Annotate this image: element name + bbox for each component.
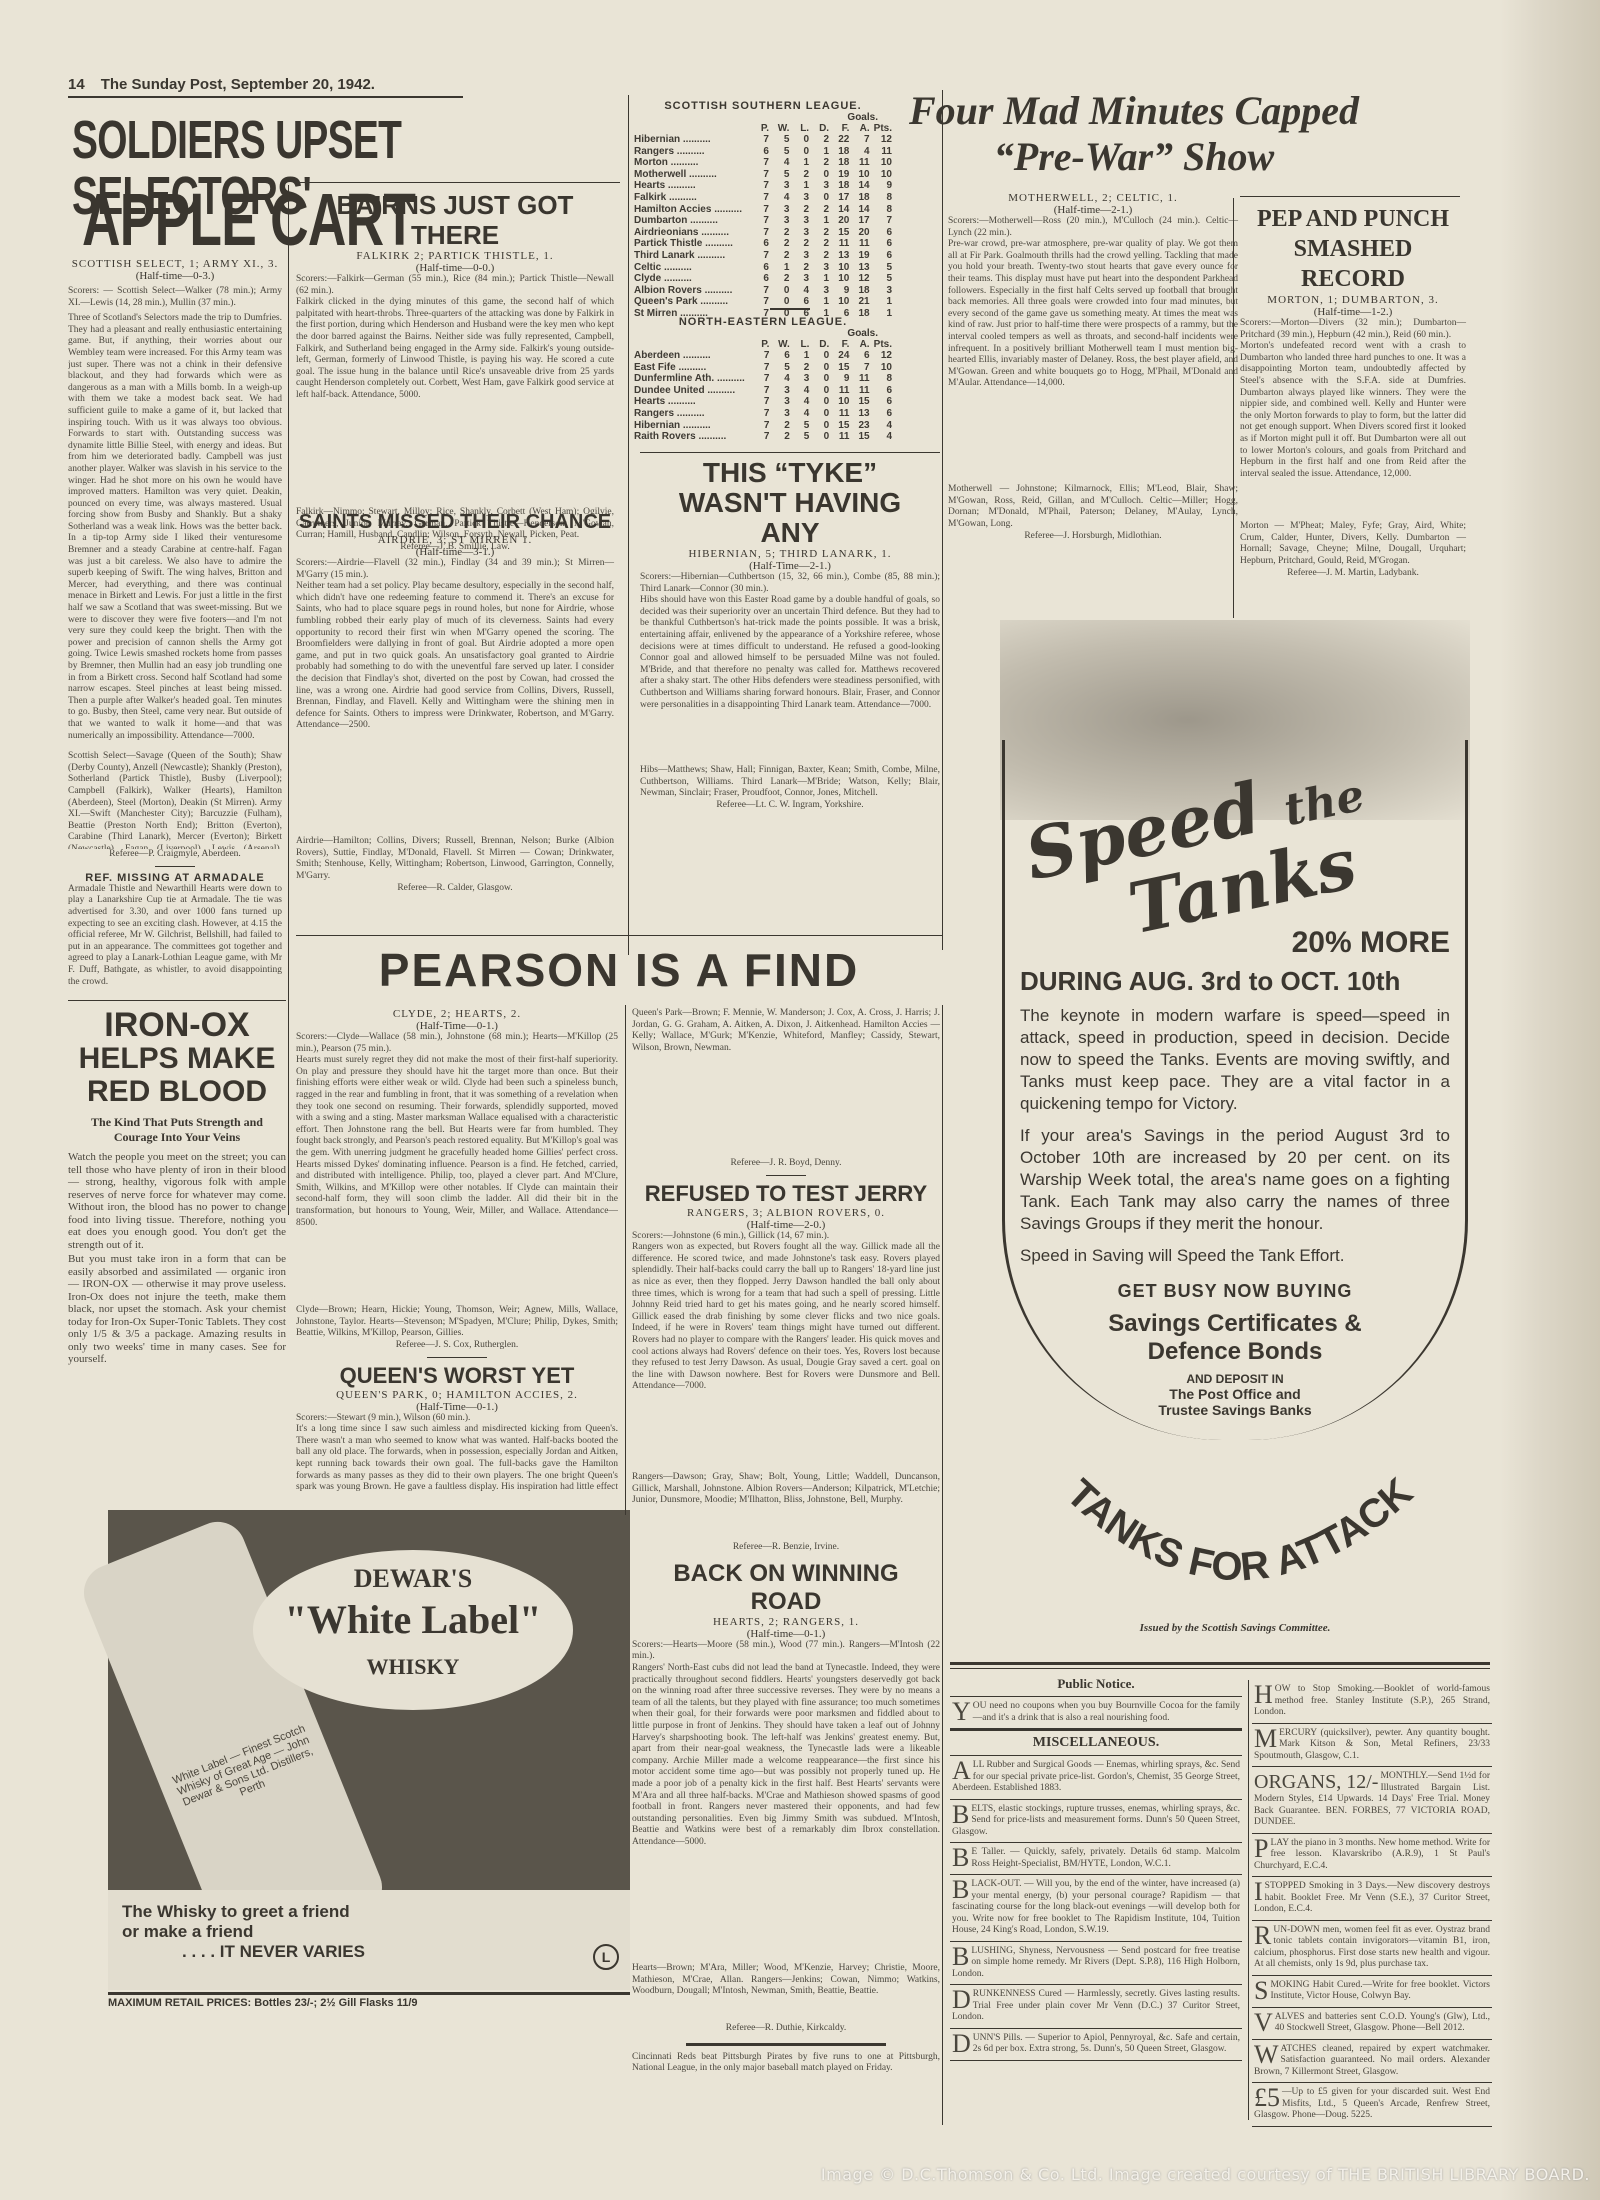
article-body: Rangers' North-East cubs did not lead th… <box>632 1663 940 1963</box>
tagline: The Whisky to greet a friend or make a f… <box>122 1902 365 1962</box>
iron-ox-ad: IRON-OX HELPS MAKE RED BLOOD The Kind Th… <box>68 1000 286 1366</box>
table-row: Clyde ..........623110125 <box>632 273 894 285</box>
pep-punch-story: PEP AND PUNCH SMASHED RECORD MORTON, 1; … <box>1240 204 1466 579</box>
saints-story: SAINTS MISSED THEIR CHANCE AIRDRIE, 3; S… <box>296 510 614 894</box>
brand-name: DEWAR'S <box>253 1564 573 1594</box>
pearson-headline: PEARSON IS A FIND <box>296 945 942 995</box>
scorers: Scorers:—Clyde—Wallace (58 min.), Johnst… <box>296 1032 618 1055</box>
middle-column: Queen's Park—Brown; F. Mennie, W. Mander… <box>632 1008 940 2075</box>
ad-paragraph-1: Watch the people you meet on the street;… <box>68 1151 286 1251</box>
article-body: Neither team had a set policy. Play beca… <box>296 581 614 836</box>
queens-headline: QUEEN'S WORST YET <box>296 1363 618 1389</box>
bairns-story: BAIRNS JUST GOT THERE FALKIRK 2; PARTICK… <box>296 190 614 554</box>
tyke-story: THIS “TYKE” WASN'T HAVING ANY HIBERNIAN,… <box>640 458 940 812</box>
article-body: Rangers won as expected, but Rovers foug… <box>632 1242 940 1472</box>
retail-prices: MAXIMUM RETAIL PRICES: Bottles 23/-; 2½ … <box>108 1992 630 2009</box>
classified-ad: PLAY the piano in 3 months. New home met… <box>1252 1834 1492 1878</box>
scorers: Scorers:—Hibernian—Cuthbertson (15, 32, … <box>640 572 940 595</box>
ad-subhead: The Kind That Puts Strength and Courage … <box>68 1115 286 1145</box>
article-body: Hibs should have won this Easter Road ga… <box>640 595 940 765</box>
page-number: 14 <box>68 76 85 93</box>
ad-headline-3: RED BLOOD <box>68 1075 286 1109</box>
league-table: P.W.L.D.F.A.Pts.Aberdeen ..........76102… <box>632 339 894 443</box>
halftime: (Half-time—0-3.) <box>68 270 282 282</box>
dewars-ad: White Label — Finest Scotch Whisky of Gr… <box>108 1510 630 1990</box>
brand-oval: DEWAR'S "White Label" WHISKY <box>253 1550 573 1710</box>
lead-story: SCOTTISH SELECT, 1; ARMY XI., 3. (Half-t… <box>68 258 282 988</box>
table-row: Dunfermline Ath. ..........74309118 <box>632 373 894 385</box>
cta: GET BUSY NOW BUYING <box>1020 1281 1450 1302</box>
headline-2: WASN'T HAVING <box>640 488 940 518</box>
campaign-dates: DURING AUG. 3rd to OCT. 10th <box>1020 966 1450 997</box>
team-lineups: Hibs—Matthews; Shaw, Hall; Finnigan, Bax… <box>640 765 940 800</box>
classified-ad: ORGANS, 12/-MONTHLY.—Send 1½d for Illust… <box>1252 1767 1492 1834</box>
table-row: Rangers ..........734011136 <box>632 408 894 420</box>
team-lineups: Rangers—Dawson; Gray, Shaw; Bolt, Young,… <box>632 1472 940 1542</box>
table-row: Hibernian ..........750222712 <box>632 134 894 146</box>
team-lineups: Morton — M'Pheat; Maley, Fyfe; Gray, Air… <box>1240 521 1466 567</box>
scorers: Scorers:—Motherwell—Ross (20 min.), M'Cu… <box>948 216 1238 239</box>
headline-1: THIS “TYKE” <box>640 458 940 488</box>
table-row: Hearts ..........734010156 <box>632 396 894 408</box>
table-row: Partick Thistle ..........622211116 <box>632 238 894 250</box>
motherwell-story: MOTHERWELL, 2; CELTIC, 1. (Half-time—2-1… <box>948 192 1238 542</box>
ad-paragraph-2: If your area's Savings in the period Aug… <box>1020 1125 1450 1235</box>
story-headline: BAIRNS JUST GOT THERE <box>296 190 614 250</box>
table-row: Falkirk ..........743017188 <box>632 192 894 204</box>
scorers: Scorers:—Hearts—Moore (58 min.), Wood (7… <box>632 1640 940 1663</box>
classified-ad: BLACK-OUT. — Will you, by the end of the… <box>950 1875 1242 1942</box>
newspaper-page: 14 The Sunday Post, September 20, 1942. … <box>0 0 1600 2200</box>
classified-ad: RUN-DOWN men, women feel fit as ever. Oy… <box>1252 1921 1492 1976</box>
masthead: 14 The Sunday Post, September 20, 1942. <box>68 76 463 98</box>
scorers: Scorers:—Falkirk—German (55 min.), Rice … <box>296 274 614 297</box>
scorers: Scorers:—Johnstone (6 min.), Gillick (14… <box>632 1231 940 1243</box>
classified-ad: BLUSHING, Shyness, Nervousness — Send po… <box>950 1942 1242 1986</box>
classified-ad: YOU need no coupons when you buy Bournvi… <box>950 1697 1242 1731</box>
article-body: It's a long time since I saw such aimles… <box>296 1424 618 1494</box>
image-credit: Image © D.C.Thomson & Co. Ltd. Image cre… <box>640 2165 1600 2184</box>
table-row: Rangers ..........650118411 <box>632 146 894 158</box>
ad-headline-2: HELPS MAKE <box>68 1043 286 1075</box>
table-row: Albion Rovers ..........70439183 <box>632 285 894 297</box>
table-row: Hibernian ..........725015234 <box>632 420 894 432</box>
article-body: Pre-war crowd, pre-war atmosphere, pre-w… <box>948 239 1238 484</box>
article-body: Three of Scotland's Selectors made the t… <box>68 313 282 751</box>
classified-ad: BELTS, elastic stockings, rupture trusse… <box>950 1800 1242 1844</box>
article-body: Morton's undefeated record went with a c… <box>1240 341 1466 521</box>
team-lineups: Airdrie—Hamilton; Collins, Divers; Russe… <box>296 836 614 882</box>
classifieds-left: Public Notice. YOU need no coupons when … <box>950 1672 1242 2061</box>
classifieds-right: HOW to Stop Smoking.—Booklet of world-fa… <box>1252 1680 1492 2127</box>
product-category: WHISKY <box>253 1654 573 1680</box>
table-row: Third Lanark ..........723213196 <box>632 250 894 262</box>
referee: Referee—P. Craigmyle, Aberdeen. <box>68 849 282 861</box>
ad-paragraph-1: The keynote in modern warfare is speed—s… <box>1020 1005 1450 1115</box>
baseball-note: Cincinnati Reds beat Pittsburgh Pirates … <box>632 2052 940 2075</box>
league-table: P.W.L.D.F.A.Pts.Hibernian ..........7502… <box>632 123 894 320</box>
classified-ad: SMOKING Habit Cured.—Write for free book… <box>1252 1976 1492 2008</box>
classified-ad: MERCURY (quicksilver), pewter. Any quant… <box>1252 1724 1492 1768</box>
table-row: Hearts ..........731318149 <box>632 180 894 192</box>
story-headline: SAINTS MISSED THEIR CHANCE <box>296 510 614 534</box>
bottle-label: White Label — Finest Scotch Whisky of Gr… <box>167 1721 324 1822</box>
match-result: SCOTTISH SELECT, 1; ARMY XI., 3. <box>68 258 282 270</box>
tanks-ad: Speed the Tanks 20% MORE DURING AUG. 3rd… <box>1020 780 1450 1418</box>
table-row: East Fife ..........752015710 <box>632 362 894 374</box>
ref-missing-body: Armadale Thistle and Newarthill Hearts w… <box>68 884 282 988</box>
table-row: Dumbarton ..........733120177 <box>632 215 894 227</box>
ad-headline-1: IRON-OX <box>68 1007 286 1043</box>
headline-3: ANY <box>640 518 940 548</box>
table-row: Raith Rovers ..........725011154 <box>632 431 894 443</box>
table-row: Queen's Park ..........706110211 <box>632 296 894 308</box>
table-row: Celtic ..........612310135 <box>632 262 894 274</box>
ad-paragraph-2: But you must take iron in a form that ca… <box>68 1253 286 1366</box>
classified-ad: ISTOPPED Smoking in 3 Days.—New discover… <box>1252 1877 1492 1921</box>
motherwell-headline: Four Mad Minutes Capped “Pre-War” Show <box>904 88 1364 180</box>
team-lineups: Hearts—Brown; M'Ara, Miller; Wood, M'Ken… <box>632 1963 940 2023</box>
ref-missing-headline: REF. MISSING AT ARMADALE <box>68 872 282 884</box>
ad-paragraph-3: Speed in Saving will Speed the Tank Effo… <box>1020 1245 1450 1267</box>
product-name: "White Label" <box>253 1596 573 1643</box>
scorers: Scorers: — Scottish Select—Walker (78 mi… <box>68 286 282 309</box>
scottish-southern-league-table: SCOTTISH SOUTHERN LEAGUE. Goals. P.W.L.D… <box>632 100 894 320</box>
classified-ad: BE Taller. — Quickly, safely, privately.… <box>950 1843 1242 1875</box>
queens-continuation: Queen's Park—Brown; F. Mennie, W. Mander… <box>632 1008 940 1158</box>
article-body: Hearts must surely regret they did not m… <box>296 1055 618 1305</box>
article-body: Falkirk clicked in the dying minutes of … <box>296 297 614 507</box>
tanks-for-attack-arc: TANKS FOR ATTACK <box>1000 1440 1470 1640</box>
pearson-story: CLYDE, 2; HEARTS, 2. (Half-Time—0-1.) Sc… <box>296 1008 618 1494</box>
table-row: Aberdeen ..........761024612 <box>632 350 894 362</box>
classified-ad: VALVES and batteries sent C.O.D. Young's… <box>1252 2008 1492 2040</box>
table-row: Airdrieonians ..........723215206 <box>632 227 894 239</box>
north-eastern-league-table: NORTH-EASTERN LEAGUE. Goals. P.W.L.D.F.A… <box>632 316 894 443</box>
issued-by: Issued by the Scottish Savings Committee… <box>1020 1622 1450 1634</box>
scorers: Scorers:—Stewart (9 min.), Wilson (60 mi… <box>296 1413 618 1425</box>
jerry-headline: REFUSED TO TEST JERRY <box>632 1181 940 1207</box>
scorers: Scorers:—Airdrie—Flavell (32 min.), Find… <box>296 558 614 581</box>
lion-badge-icon: L <box>593 1944 619 1970</box>
svg-text:TANKS FOR ATTACK: TANKS FOR ATTACK <box>1058 1470 1421 1590</box>
classified-ad: WATCHES cleaned, repaired by expert watc… <box>1252 2040 1492 2084</box>
classified-ad: HOW to Stop Smoking.—Booklet of world-fa… <box>1252 1680 1492 1724</box>
classified-ad: DUNN'S Pills. — Superior to Apiol, Penny… <box>950 2029 1242 2061</box>
table-row: Dundee United ..........734011116 <box>632 385 894 397</box>
table-row: Morton ..........7412181110 <box>632 157 894 169</box>
page-edge <box>1500 0 1600 2200</box>
back-road-headline: BACK ON WINNING ROAD <box>632 1560 940 1616</box>
team-lineups: Motherwell — Johnstone; Kilmarnock, Elli… <box>948 484 1238 530</box>
classified-ad: £5—Up to £5 given for your discarded sui… <box>1252 2083 1492 2127</box>
table-row: Hamilton Accies ..........732214148 <box>632 204 894 216</box>
classified-ad: ALL Rubber and Surgical Goods — Enemas, … <box>950 1756 1242 1800</box>
table-row: Motherwell ..........7520191010 <box>632 169 894 181</box>
team-lineups: Scottish Select—Savage (Queen of the Sou… <box>68 751 282 849</box>
classified-ad: DRUNKENNESS Cured — Harmlessly, secretly… <box>950 1985 1242 2029</box>
scorers: Scorers:—Morton—Divers (32 min.); Dumbar… <box>1240 318 1466 341</box>
masthead-title: The Sunday Post, September 20, 1942. <box>101 76 375 93</box>
team-lineups: Clyde—Brown; Hearn, Hickie; Young, Thoms… <box>296 1305 618 1340</box>
